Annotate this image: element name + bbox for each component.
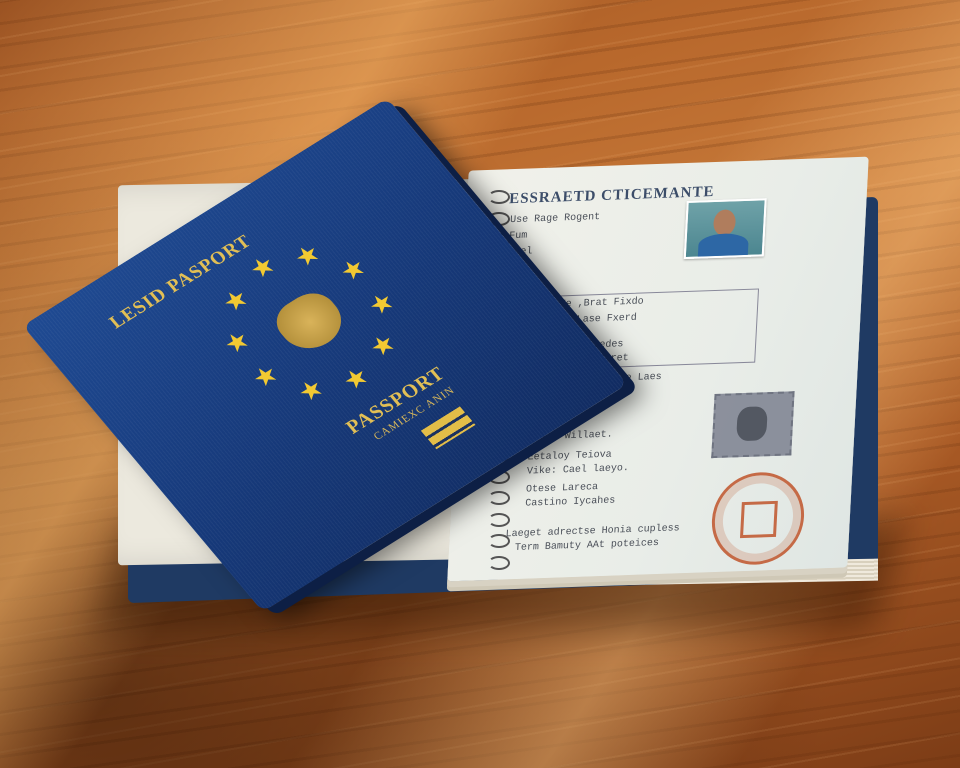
star-icon: ★ — [293, 375, 330, 407]
star-icon: ★ — [245, 251, 282, 283]
id-photo — [684, 198, 767, 259]
star-icon: ★ — [335, 254, 372, 286]
id-line: Use Rage Rogent — [510, 212, 601, 226]
id-line: Fum — [509, 231, 528, 243]
star-icon: ★ — [365, 330, 402, 362]
body-line: Otese Lareca — [526, 482, 599, 496]
body-line: Eetaloy Teiova — [527, 450, 612, 464]
round-stamp-icon — [710, 471, 807, 566]
body-line: Vike: Cael laeyo. — [527, 463, 630, 478]
biometric-chip-icon — [421, 406, 476, 449]
page-heading: ESSRAETD CTICEMANTE — [509, 184, 715, 208]
star-icon: ★ — [289, 240, 326, 272]
star-icon: ★ — [219, 326, 256, 358]
square-stamp-icon — [711, 391, 794, 458]
star-icon: ★ — [218, 284, 255, 316]
body-line: Castino Iycahes — [525, 495, 616, 509]
star-icon: ★ — [338, 363, 375, 395]
star-icon: ★ — [248, 361, 285, 393]
star-icon: ★ — [364, 288, 401, 320]
footer-line: Term Bamuty AAt poteices — [515, 538, 660, 554]
